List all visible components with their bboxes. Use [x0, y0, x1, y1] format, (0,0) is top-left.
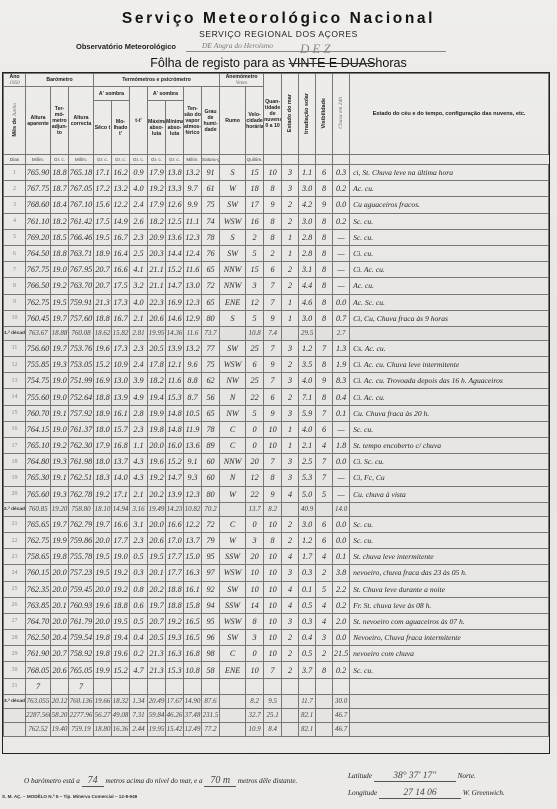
day-number: 19	[4, 470, 26, 486]
attached-thermo-cell: 19.3	[51, 357, 69, 373]
solar-irradiation-cell: 3.5	[299, 357, 316, 373]
wind-direction-cell: WSW	[220, 565, 246, 581]
temp-diff-cell: 2.4	[130, 357, 148, 373]
max-temp-cell: 20.7	[148, 613, 166, 629]
max-temp-cell: 20.2	[148, 581, 166, 597]
solar-irradiation-cell: 5.9	[299, 405, 316, 421]
temp-diff-cell: 4.1	[130, 262, 148, 278]
cloud-amount-cell: 10	[264, 516, 282, 532]
visibility-cell: 4	[316, 549, 333, 565]
apparent-height-cell: 763.055	[26, 694, 51, 708]
sheet-title-hours: VINTE E DUAS	[289, 56, 376, 70]
wet-bulb-cell: 15.2	[112, 662, 130, 678]
visibility-cell	[316, 694, 333, 708]
wind-speed-cell: 15	[246, 165, 264, 181]
rain-24h-cell: 0.0	[333, 516, 350, 532]
visibility-cell: 8	[316, 294, 333, 310]
visibility-cell: 8	[316, 245, 333, 261]
sky-remarks-cell: Sc. cu.	[350, 532, 549, 548]
dry-bulb-cell: 19.5	[94, 229, 112, 245]
day-number: 16	[4, 421, 26, 437]
attached-thermo-cell: 19.2	[51, 438, 69, 454]
vapor-pressure-cell: 14.90	[184, 694, 202, 708]
corrected-height-cell: 762.51	[69, 470, 94, 486]
dry-bulb-cell: 18.10	[94, 502, 112, 516]
wind-speed-cell: 14	[246, 597, 264, 613]
sea-state-cell: 1	[282, 310, 299, 326]
corrected-height-cell: 757.23	[69, 565, 94, 581]
unit-cell: Satura-ção=100	[202, 155, 220, 165]
rain-24h-cell: 0.3	[333, 165, 350, 181]
sky-remarks-cell: Cu. Chuva fraca às 20 h.	[350, 405, 549, 421]
visibility-cell: 8	[316, 278, 333, 294]
wet-bulb-cell: 13.7	[112, 454, 130, 470]
humidity-cell: 70.2	[202, 502, 220, 516]
cloud-amount-cell: 10	[264, 613, 282, 629]
solar-irradiation-cell: 4.6	[299, 294, 316, 310]
sea-state-cell: 3	[282, 470, 299, 486]
day-row: 29761.9020.7758.9219.819.60.221.316.316.…	[4, 646, 549, 662]
day-number: 10	[4, 310, 26, 326]
day-row: 3177	[4, 678, 549, 694]
apparent-height-cell: 766.50	[26, 278, 51, 294]
wind-speed-cell: 16	[246, 213, 264, 229]
cloud-amount-cell: 9	[264, 197, 282, 213]
humidity-cell: 61	[202, 181, 220, 197]
solar-irradiation-cell	[299, 678, 316, 694]
sea-state-cell: 2	[282, 213, 299, 229]
dry-bulb-cell: 15.6	[94, 197, 112, 213]
sea-state-cell: 4	[282, 486, 299, 502]
min-temp-cell: 16.0	[166, 438, 184, 454]
corrected-height-cell: 767.05	[69, 181, 94, 197]
sea-state-cell: 2	[282, 197, 299, 213]
rain-24h-cell: —	[333, 229, 350, 245]
humidity-cell: 60	[202, 454, 220, 470]
visibility-cell: 6	[316, 165, 333, 181]
humidity-cell: 91	[202, 165, 220, 181]
clouds-header: Quan-tidade de nuvens 0 a 10	[264, 74, 282, 155]
dry-bulb-cell: 19.2	[94, 486, 112, 502]
attached-thermo-cell: 19.0	[51, 421, 69, 437]
vapor-pressure-cell: 13.2	[184, 340, 202, 356]
apparent-height-cell: 765.60	[26, 486, 51, 502]
corrected-height-cell: 751.99	[69, 373, 94, 389]
humidity-cell: 231.5	[202, 708, 220, 722]
temp-diff-cell: 2.6	[130, 213, 148, 229]
wind-direction-cell: WSW	[220, 613, 246, 629]
attached-thermo-cell: 19.3	[51, 454, 69, 470]
wind-speed-cell: 25	[246, 373, 264, 389]
visibility-cell	[316, 722, 333, 736]
humidity-cell: 62	[202, 373, 220, 389]
solar-irradiation-cell: 1.2	[299, 532, 316, 548]
day-row: 25762.3520.0759.4520.019.20.820.218.816.…	[4, 581, 549, 597]
longitude-value: 27 14 06	[379, 788, 461, 799]
vapor-pressure-cell: 16.1	[184, 581, 202, 597]
rain-24h-cell: 8.3	[333, 373, 350, 389]
day-row: 22762.7519.9759.8620.017.72.320.617.013.…	[4, 532, 549, 548]
observatory-value: DE Angra do Heroísmo	[202, 41, 273, 50]
solar-irradiation-cell: 29.5	[299, 326, 316, 340]
wind-direction-cell: NW	[220, 405, 246, 421]
vapor-pressure-cell: 8.7	[184, 389, 202, 405]
rain-24h-cell: 0.4	[333, 389, 350, 405]
min-temp-cell: 11.6	[166, 373, 184, 389]
humidity-cell: 56	[202, 389, 220, 405]
apparent-height-cell: 768.05	[26, 662, 51, 678]
sea-state-cell	[282, 694, 299, 708]
anemometer-header: AnemómetroVento	[220, 74, 264, 87]
vapor-pressure-cell: 13.7	[184, 532, 202, 548]
wind-direction-cell: SW	[220, 340, 246, 356]
day-row: 18764.8019.3761.9818.013.74.319.615.29.1…	[4, 454, 549, 470]
cloud-amount-cell: 8.4	[264, 722, 282, 736]
rain-24h-cell: 0.0	[333, 197, 350, 213]
min-temp-cell: 19.3	[166, 630, 184, 646]
humidity-cell: 87.6	[202, 694, 220, 708]
barometer-note: O barómetro está a 74 metros acima do ní…	[24, 775, 297, 786]
wet-bulb-cell: 15.7	[112, 421, 130, 437]
vapor-pressure-cell: 11.1	[184, 213, 202, 229]
day-row: 9762.7519.5759.9121.317.34.022.316.912.3…	[4, 294, 549, 310]
attached-thermo-cell: 19.7	[51, 340, 69, 356]
apparent-height-cell: 762.52	[26, 722, 51, 736]
year-header: Ano1950	[4, 74, 26, 87]
day-number: 30	[4, 662, 26, 678]
sky-remarks-cell: Cs. Ac. cu.	[350, 340, 549, 356]
cloud-amount-cell: 9	[264, 357, 282, 373]
apparent-height-cell: 769.20	[26, 229, 51, 245]
dry-bulb-header: Sêco t	[94, 101, 112, 155]
dry-bulb-cell: 19.5	[94, 565, 112, 581]
sky-remarks-cell: Sc. cu.	[350, 421, 549, 437]
latitude-line: Latitude 38° 37' 17" Norte.	[348, 771, 476, 782]
humidity-cell: 80	[202, 310, 220, 326]
corrected-height-cell: 761.98	[69, 454, 94, 470]
temp-difference-header: t-t'	[130, 87, 148, 155]
sea-state-cell: 1	[282, 438, 299, 454]
temp-diff-cell: 4.0	[130, 181, 148, 197]
day-number: 21	[4, 516, 26, 532]
cloud-amount-cell: 2	[264, 245, 282, 261]
wind-speed-cell: 10.9	[246, 722, 264, 736]
wind-direction-cell: NNW	[220, 262, 246, 278]
wind-speed-cell: 17	[246, 197, 264, 213]
day-number: 29	[4, 646, 26, 662]
rain-24h-header: Chuva em 24h	[333, 74, 350, 155]
vapor-pressure-cell: 12.4	[184, 245, 202, 261]
max-temp-cell: 20.49	[148, 694, 166, 708]
wind-direction-cell: S	[220, 165, 246, 181]
day-row: 1765.9018.8765.1817.116.20.917.913.813.2…	[4, 165, 549, 181]
visibility-cell: 8	[316, 389, 333, 405]
cloud-amount-cell: 10	[264, 581, 282, 597]
apparent-height-cell: 764.15	[26, 421, 51, 437]
solar-irradiation-cell: 0.5	[299, 597, 316, 613]
observatory-label: Observatório Meteorológico	[76, 42, 176, 51]
wind-speed-cell: 3	[246, 532, 264, 548]
day-row: 20765.6019.3762.7819.217.12.120.213.912.…	[4, 486, 549, 502]
min-temp-cell: 15.42	[166, 722, 184, 736]
wind-direction-cell	[220, 708, 246, 722]
wind-speed-cell: 25	[246, 340, 264, 356]
humidity-cell: 74	[202, 213, 220, 229]
wind-direction-cell: SSW	[220, 549, 246, 565]
apparent-height-cell: 765.10	[26, 438, 51, 454]
max-temp-cell: 20.5	[148, 630, 166, 646]
wet-bulb-cell: 17.1	[112, 486, 130, 502]
solar-irradiation-cell: 0.5	[299, 646, 316, 662]
attached-thermo-cell: 19.40	[51, 722, 69, 736]
max-temp-cell: 19.6	[148, 454, 166, 470]
dry-bulb-cell: 19.5	[94, 549, 112, 565]
solar-irradiation-cell: 3.0	[299, 516, 316, 532]
cloud-amount-cell: 6	[264, 389, 282, 405]
cloud-amount-cell: 9	[264, 486, 282, 502]
cloud-amount-cell: 10	[264, 565, 282, 581]
vapor-pressure-cell: 8.8	[184, 373, 202, 389]
rain-24h-cell: 2.7	[333, 326, 350, 340]
humidity-cell: 77.2	[202, 722, 220, 736]
humidity-cell: 96	[202, 630, 220, 646]
max-temp-cell: 22.3	[148, 294, 166, 310]
sea-state-cell	[282, 678, 299, 694]
sea-state-cell: 4	[282, 597, 299, 613]
sky-remarks-cell: nevoeiro com chuva	[350, 646, 549, 662]
visibility-cell: 7	[316, 340, 333, 356]
rain-24h-cell: 46.7	[333, 722, 350, 736]
day-number: 24	[4, 565, 26, 581]
wind-direction-cell: C	[220, 516, 246, 532]
humidity-cell: 94	[202, 597, 220, 613]
sea-state-cell: 1	[282, 245, 299, 261]
units-row: DiasMilím.Gr. c.Milím.Gr. c.Gr. c.Gr. c.…	[4, 155, 549, 165]
min-temp-cell: 19.2	[166, 613, 184, 629]
attached-thermo-cell: 20.12	[51, 694, 69, 708]
corrected-height-cell: 763.70	[69, 278, 94, 294]
solar-irradiation-cell: 3.1	[299, 262, 316, 278]
unit-cell: Gr. c.	[51, 155, 69, 165]
solar-irradiation-cell: 0.3	[299, 613, 316, 629]
dry-bulb-cell: 20.0	[94, 581, 112, 597]
rain-24h-cell: 46.7	[333, 708, 350, 722]
attached-thermo-cell: 20.0	[51, 565, 69, 581]
temp-diff-cell: 0.3	[130, 565, 148, 581]
day-number: 31	[4, 678, 26, 694]
max-temp-cell: 20.3	[148, 245, 166, 261]
rain-24h-cell	[333, 678, 350, 694]
corrected-height-cell: 752.64	[69, 389, 94, 405]
wind-direction-cell: S	[220, 229, 246, 245]
wind-speed-cell: 3	[246, 630, 264, 646]
visibility-cell: 8	[316, 229, 333, 245]
max-temp-cell: 19.2	[148, 470, 166, 486]
dry-bulb-cell: 18.3	[94, 470, 112, 486]
wet-bulb-cell: 18.32	[112, 694, 130, 708]
wind-speed-cell: 0	[246, 646, 264, 662]
apparent-height-cell: 761.10	[26, 213, 51, 229]
attached-thermo-cell: 18.8	[51, 245, 69, 261]
sea-state-cell: 1	[282, 421, 299, 437]
dry-bulb-cell: 18.9	[94, 405, 112, 421]
temp-diff-cell: 2.1	[130, 486, 148, 502]
dry-bulb-cell: 17.9	[94, 438, 112, 454]
cloud-amount-cell: 7	[264, 340, 282, 356]
apparent-height-cell: 761.90	[26, 646, 51, 662]
temp-diff-cell: 3.16	[130, 502, 148, 516]
dry-bulb-cell: 20.7	[94, 278, 112, 294]
day-row: 7767.7519.0767.9520.716.64.121.115.211.6…	[4, 262, 549, 278]
wet-bulb-cell: 12.2	[112, 197, 130, 213]
attached-thermo-cell: 19.0	[51, 389, 69, 405]
wet-bulb-cell: 17.3	[112, 340, 130, 356]
attached-thermo-cell: 19.5	[51, 294, 69, 310]
dry-bulb-cell: 16.9	[94, 373, 112, 389]
max-temp-cell: 21.1	[148, 278, 166, 294]
day-number: 1	[4, 165, 26, 181]
day-row: 14755.6019.0752.6418.813.94.919.415.38.7…	[4, 389, 549, 405]
apparent-height-cell: 760.85	[26, 502, 51, 516]
temp-diff-cell: 0.5	[130, 549, 148, 565]
wind-direction-cell: NNW	[220, 454, 246, 470]
wet-bulb-cell: 16.8	[112, 438, 130, 454]
vapor-pressure-cell: 9.1	[184, 454, 202, 470]
max-temp-cell: 20.9	[148, 229, 166, 245]
wind-speed-cell	[246, 678, 264, 694]
sky-remarks-cell: St. Chuva leve durante a noite	[350, 581, 549, 597]
decade-summary-row: 762.5219.40759.1918.8016.362.4419.9515.4…	[4, 722, 549, 736]
visibility-cell	[316, 326, 333, 340]
day-number: 11	[4, 340, 26, 356]
apparent-height-cell: 764.70	[26, 613, 51, 629]
wind-direction-cell: SW	[220, 630, 246, 646]
attached-thermo-cell: 19.2	[51, 278, 69, 294]
cloud-amount-cell: 8	[264, 213, 282, 229]
wind-speed-cell: 10	[246, 581, 264, 597]
attached-thermo-cell: 19.0	[51, 373, 69, 389]
attached-thermo-cell: 58.20	[51, 708, 69, 722]
day-row: 15760.7019.1757.9218.916.12.819.914.810.…	[4, 405, 549, 421]
temp-diff-cell	[130, 678, 148, 694]
corrected-height-cell: 766.46	[69, 229, 94, 245]
sea-state-cell: 2	[282, 262, 299, 278]
visibility-cell	[316, 708, 333, 722]
cloud-amount-cell: 8.2	[264, 502, 282, 516]
cloud-amount-cell: 9.5	[264, 694, 282, 708]
apparent-height-cell: 764.50	[26, 245, 51, 261]
unit-cell: Gr. c.	[130, 155, 148, 165]
regional-service-subtitle: SERVIÇO REGIONAL DOS AÇORES	[0, 29, 557, 39]
sky-remarks-cell: Ci, Cu, Chuva fraca às 9 horas	[350, 310, 549, 326]
observation-table-frame: Ano1950 Barómetro Termómetros e psicróme…	[2, 72, 550, 754]
visibility-cell	[316, 678, 333, 694]
corrected-height-cell: 765.05	[69, 662, 94, 678]
attached-thermo-cell: 19.7	[51, 516, 69, 532]
wind-speed-cell: 10	[246, 662, 264, 678]
attached-thermo-cell	[51, 678, 69, 694]
min-temp-cell: 17.67	[166, 694, 184, 708]
min-temp-cell: 14.8	[166, 421, 184, 437]
corrected-height-cell: 762.30	[69, 438, 94, 454]
dry-bulb-cell: 19.8	[94, 630, 112, 646]
visibility-cell: 8	[316, 181, 333, 197]
sky-remarks-cell: Sc. cu.	[350, 229, 549, 245]
wind-speed-cell: 0	[246, 421, 264, 437]
day-number: 13	[4, 373, 26, 389]
attached-thermo-cell: 19.7	[51, 310, 69, 326]
rain-24h-cell: —	[333, 245, 350, 261]
sea-state-cell: 2	[282, 532, 299, 548]
humidity-cell: 65	[202, 405, 220, 421]
corrected-height-cell: 762.79	[69, 516, 94, 532]
apparent-height-cell: 768.60	[26, 197, 51, 213]
min-temp-cell: 15.3	[166, 389, 184, 405]
solar-irradiation-cell: 3.0	[299, 181, 316, 197]
temp-diff-cell: 4.7	[130, 662, 148, 678]
dry-bulb-cell: 19.8	[94, 646, 112, 662]
solar-irradiation-cell: 4.0	[299, 421, 316, 437]
wind-speed-cell: 20	[246, 549, 264, 565]
humidity-header: Grau de humi-dade	[202, 87, 220, 155]
wind-direction-cell: W	[220, 532, 246, 548]
sea-state-cell: 1	[282, 229, 299, 245]
cloud-amount-cell: 8	[264, 470, 282, 486]
visibility-cell: 2	[316, 646, 333, 662]
apparent-height-cell: 760.45	[26, 310, 51, 326]
humidity-cell: 72	[202, 278, 220, 294]
day-number: 2	[4, 181, 26, 197]
corrected-height-cell: 765.18	[69, 165, 94, 181]
cloud-amount-cell: 10	[264, 549, 282, 565]
humidity-cell: 89	[202, 438, 220, 454]
solar-irradiation-cell: 0.1	[299, 581, 316, 597]
wind-direction-cell: NNW	[220, 278, 246, 294]
min-temp-cell: 14.7	[166, 470, 184, 486]
wind-speed-cell: 13.7	[246, 502, 264, 516]
day-number: 4	[4, 213, 26, 229]
corrected-height-cell: 761.37	[69, 421, 94, 437]
max-temp-cell: 19.8	[148, 421, 166, 437]
vapor-pressure-cell: 11.9	[184, 421, 202, 437]
wet-bulb-header: Mo-lhado t'	[112, 101, 130, 155]
temp-diff-cell: 3.2	[130, 278, 148, 294]
temp-diff-cell: 2.3	[130, 421, 148, 437]
sky-remarks-cell	[350, 326, 549, 340]
day-row: 6764.5018.8763.7118.916.42.520.314.412.4…	[4, 245, 549, 261]
vapor-pressure-cell: 15.8	[184, 597, 202, 613]
dry-bulb-cell: 19.6	[94, 597, 112, 613]
dry-bulb-cell: 20.7	[94, 262, 112, 278]
wind-speed-cell: 10	[246, 565, 264, 581]
wet-bulb-cell: 14.94	[112, 502, 130, 516]
min-temp-cell: 14.8	[166, 405, 184, 421]
apparent-height-cell: 762.75	[26, 532, 51, 548]
dry-bulb-cell: 17.5	[94, 213, 112, 229]
apparent-height-cell: 756.60	[26, 340, 51, 356]
corrected-height-cell: 759.86	[69, 532, 94, 548]
solar-irradiation-cell: 0.4	[299, 630, 316, 646]
unit-cell	[333, 155, 350, 165]
solar-irradiation-cell: 40.9	[299, 502, 316, 516]
sheet-title-prefix: Fôlha de registo para as	[150, 56, 285, 70]
corrected-height-cell: 2277.96	[69, 708, 94, 722]
temp-diff-cell: 4.3	[130, 454, 148, 470]
rain-24h-cell: 0.2	[333, 213, 350, 229]
attached-thermo-cell: 18.7	[51, 181, 69, 197]
dry-bulb-cell: 20.0	[94, 532, 112, 548]
dry-bulb-cell: 56.27	[94, 708, 112, 722]
